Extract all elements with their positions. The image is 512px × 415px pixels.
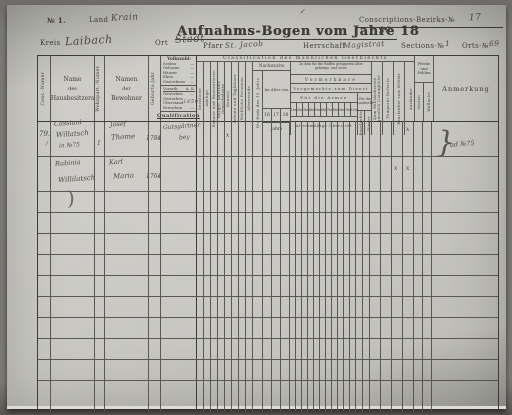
vorrath-box: VorrathA. K. Geworben— Gestorben— Überst… [161,86,196,112]
table-row-empty [38,297,498,318]
land-label: Land [89,16,108,24]
orts-value: 69 [489,39,500,49]
volkszahl-box: Volkszahl: Seelen— Geborne— Häuser— Ehen… [161,56,196,86]
pferde-col-wallache: Wallache [424,83,433,121]
table-header: Cons.-Numer NamedesHausbesitzers Wohnpar… [38,56,498,122]
cell-class-mark: x [225,122,232,156]
cell-rot-mark-b: x [403,157,414,191]
col-header-wohnpartei-numer: Wohnpart.-Numer [95,56,105,121]
table-row-empty-flourish: ) [38,192,498,213]
col-header-geburts-jahr: Geburts-Jahr [149,56,161,121]
ort-label: Ort [155,39,168,47]
table-row-empty [38,339,498,360]
col-header-qualification-box: Volkszahl: Seelen— Geborne— Häuser— Ehen… [161,56,197,121]
pferde-col-stuten: Stuten [415,83,424,121]
col-header-cons-numer: Cons.-Numer [38,56,51,121]
table-row-entry-2: Rubinia Willilatsch Karl Maria 1764 ∕ [38,157,498,192]
census-table: Cons.-Numer NamedesHausbesitzers Wohnpar… [37,55,499,411]
form-title-year: 30 [379,26,392,37]
cell-wohnpartei: 1 [95,122,105,156]
herrschaft-label: Herrschaft [303,42,346,50]
scanned-form-page: № 1. Land Krain Conscriptions-Bezirks-№ … [7,5,506,409]
table-row-empty-cut [38,381,498,411]
cell-geburts-jahr: 1784 ∕ [149,122,161,156]
table-row-empty [38,360,498,381]
table-row-empty [38,318,498,339]
cell-cons: 79. ∕ [38,122,51,156]
herrschaft-value: Magistrat [343,39,385,50]
classification-group: Classification des männlichen Geschlecht… [197,56,415,121]
cell-bewohner: Karl Maria [105,157,149,191]
section-label: Sections-№ [401,42,444,50]
cell-geburts-jahr: 1764 ∕ [149,157,161,191]
age-col-18: 18 [281,109,290,122]
orts-label: Orts-№ [462,42,489,50]
pfarr-value: St. Jacob [225,39,264,50]
col-header-bewohner: NamenderBewohner [105,56,149,121]
kreis-label: Kreis [40,39,61,47]
cell-anmerkung: } ad №75 [432,122,498,156]
ort-value: Stadt [175,33,205,46]
form-number: № 1. [47,16,66,25]
pferde-box: PferdeundFohlen Stuten Wallache [415,56,434,121]
age-col-16: 16 [263,109,272,122]
section-value: 1 [445,39,451,48]
cell-rot-mark-a: x [392,157,403,191]
conscription-district-value: 17 [469,13,482,24]
cell-qualification: Gutsgärtner bey [161,122,197,156]
table-row-empty [38,255,498,276]
table-row-empty [38,234,498,255]
col-header-hausbesitzer: NamedesHausbesitzers [51,56,95,121]
qualification-label: Qualification [161,112,196,121]
land-value: Krain [111,12,139,23]
pfarr-label: Pfarr [203,42,223,50]
cell-owner-flourish: ) [51,192,95,212]
table-row-empty [38,213,498,234]
age-col-17: 17 [272,109,281,122]
clerk-checkmark: ✓ [299,7,306,16]
table-row-empty [38,276,498,297]
class-12te: 12te [351,103,357,116]
kreis-value: Laibach [65,33,113,48]
cell-owner: Cassiani Willatsch in №75 [51,122,95,156]
table-row-entry-1: 79. ∕ Cassiani Willatsch in №75 1 Josef … [38,122,498,157]
cell-rot-mark: x [403,122,414,156]
cell-bewohner: Josef Thome [105,122,149,156]
col-header-anmerkung: Anmerkung [434,56,498,121]
conscription-district-label: Conscriptions-Bezirks-№ [359,16,455,24]
